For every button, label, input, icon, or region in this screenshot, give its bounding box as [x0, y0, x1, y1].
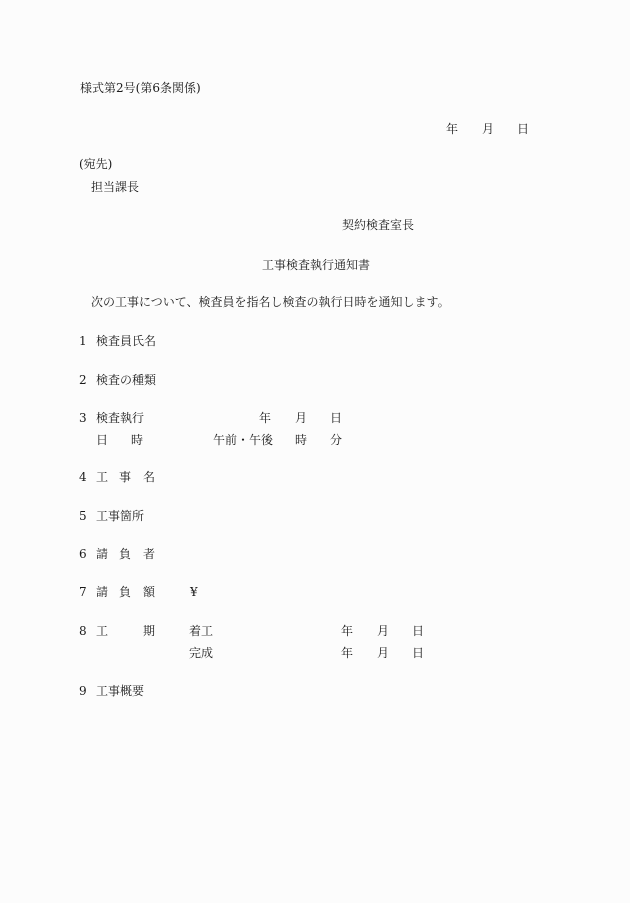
- item-number: 2: [79, 373, 87, 387]
- item-label-char: 名: [143, 470, 155, 484]
- form-number: 様式第2号(第6条関係): [80, 81, 201, 95]
- item-label-char: 負: [119, 547, 131, 561]
- item-label-char: 期: [143, 624, 155, 638]
- item-label-char: 工: [96, 470, 108, 484]
- item-label: 検査の種類: [96, 373, 156, 387]
- body-text: 次の工事について、検査員を指名し検査の執行日時を通知します。: [91, 295, 450, 309]
- item-number: 5: [79, 509, 87, 523]
- item-label: 工事概要: [96, 684, 144, 698]
- start-date-year: 年: [341, 624, 353, 638]
- item-label-line2-day: 日: [96, 433, 108, 447]
- addressee-label: (宛先): [79, 157, 112, 171]
- start-label: 着工: [189, 624, 213, 638]
- header-date-month: 月: [482, 122, 494, 136]
- end-date-day: 日: [412, 646, 424, 660]
- item-label-char: 請: [96, 547, 108, 561]
- item-number: 8: [79, 624, 87, 638]
- item-label-char: 者: [143, 547, 155, 561]
- item-label-char: 額: [143, 585, 155, 599]
- item-label-line2-time: 時: [131, 433, 143, 447]
- date-month: 月: [295, 411, 307, 425]
- time-ampm: 午前・午後: [213, 433, 273, 447]
- end-label: 完成: [189, 646, 213, 660]
- document-page: 様式第2号(第6条関係) 年 月 日 (宛先) 担当課長 契約検査室長 工事検査…: [0, 0, 630, 903]
- sender: 契約検査室長: [342, 218, 414, 232]
- header-date-day: 日: [517, 122, 529, 136]
- item-number: 1: [79, 334, 87, 348]
- item-number: 3: [79, 411, 87, 425]
- item-label-char: 事: [119, 470, 131, 484]
- item-number: 4: [79, 470, 87, 484]
- time-minute: 分: [330, 433, 342, 447]
- end-date-month: 月: [377, 646, 389, 660]
- item-label-char: 工: [96, 624, 108, 638]
- date-day: 日: [330, 411, 342, 425]
- item-label: 工事箇所: [96, 509, 144, 523]
- start-date-day: 日: [412, 624, 424, 638]
- item-label: 検査執行: [96, 411, 144, 425]
- item-number: 9: [79, 684, 87, 698]
- item-label: 検査員氏名: [96, 334, 156, 348]
- yen-symbol: ¥: [190, 585, 198, 599]
- date-year: 年: [259, 411, 271, 425]
- item-number: 7: [79, 585, 87, 599]
- start-date-month: 月: [377, 624, 389, 638]
- addressee: 担当課長: [91, 180, 139, 194]
- end-date-year: 年: [341, 646, 353, 660]
- item-number: 6: [79, 547, 87, 561]
- time-hour: 時: [295, 433, 307, 447]
- header-date-year: 年: [446, 122, 458, 136]
- document-title: 工事検査執行通知書: [262, 258, 370, 272]
- item-label-char: 負: [119, 585, 131, 599]
- item-label-char: 請: [96, 585, 108, 599]
